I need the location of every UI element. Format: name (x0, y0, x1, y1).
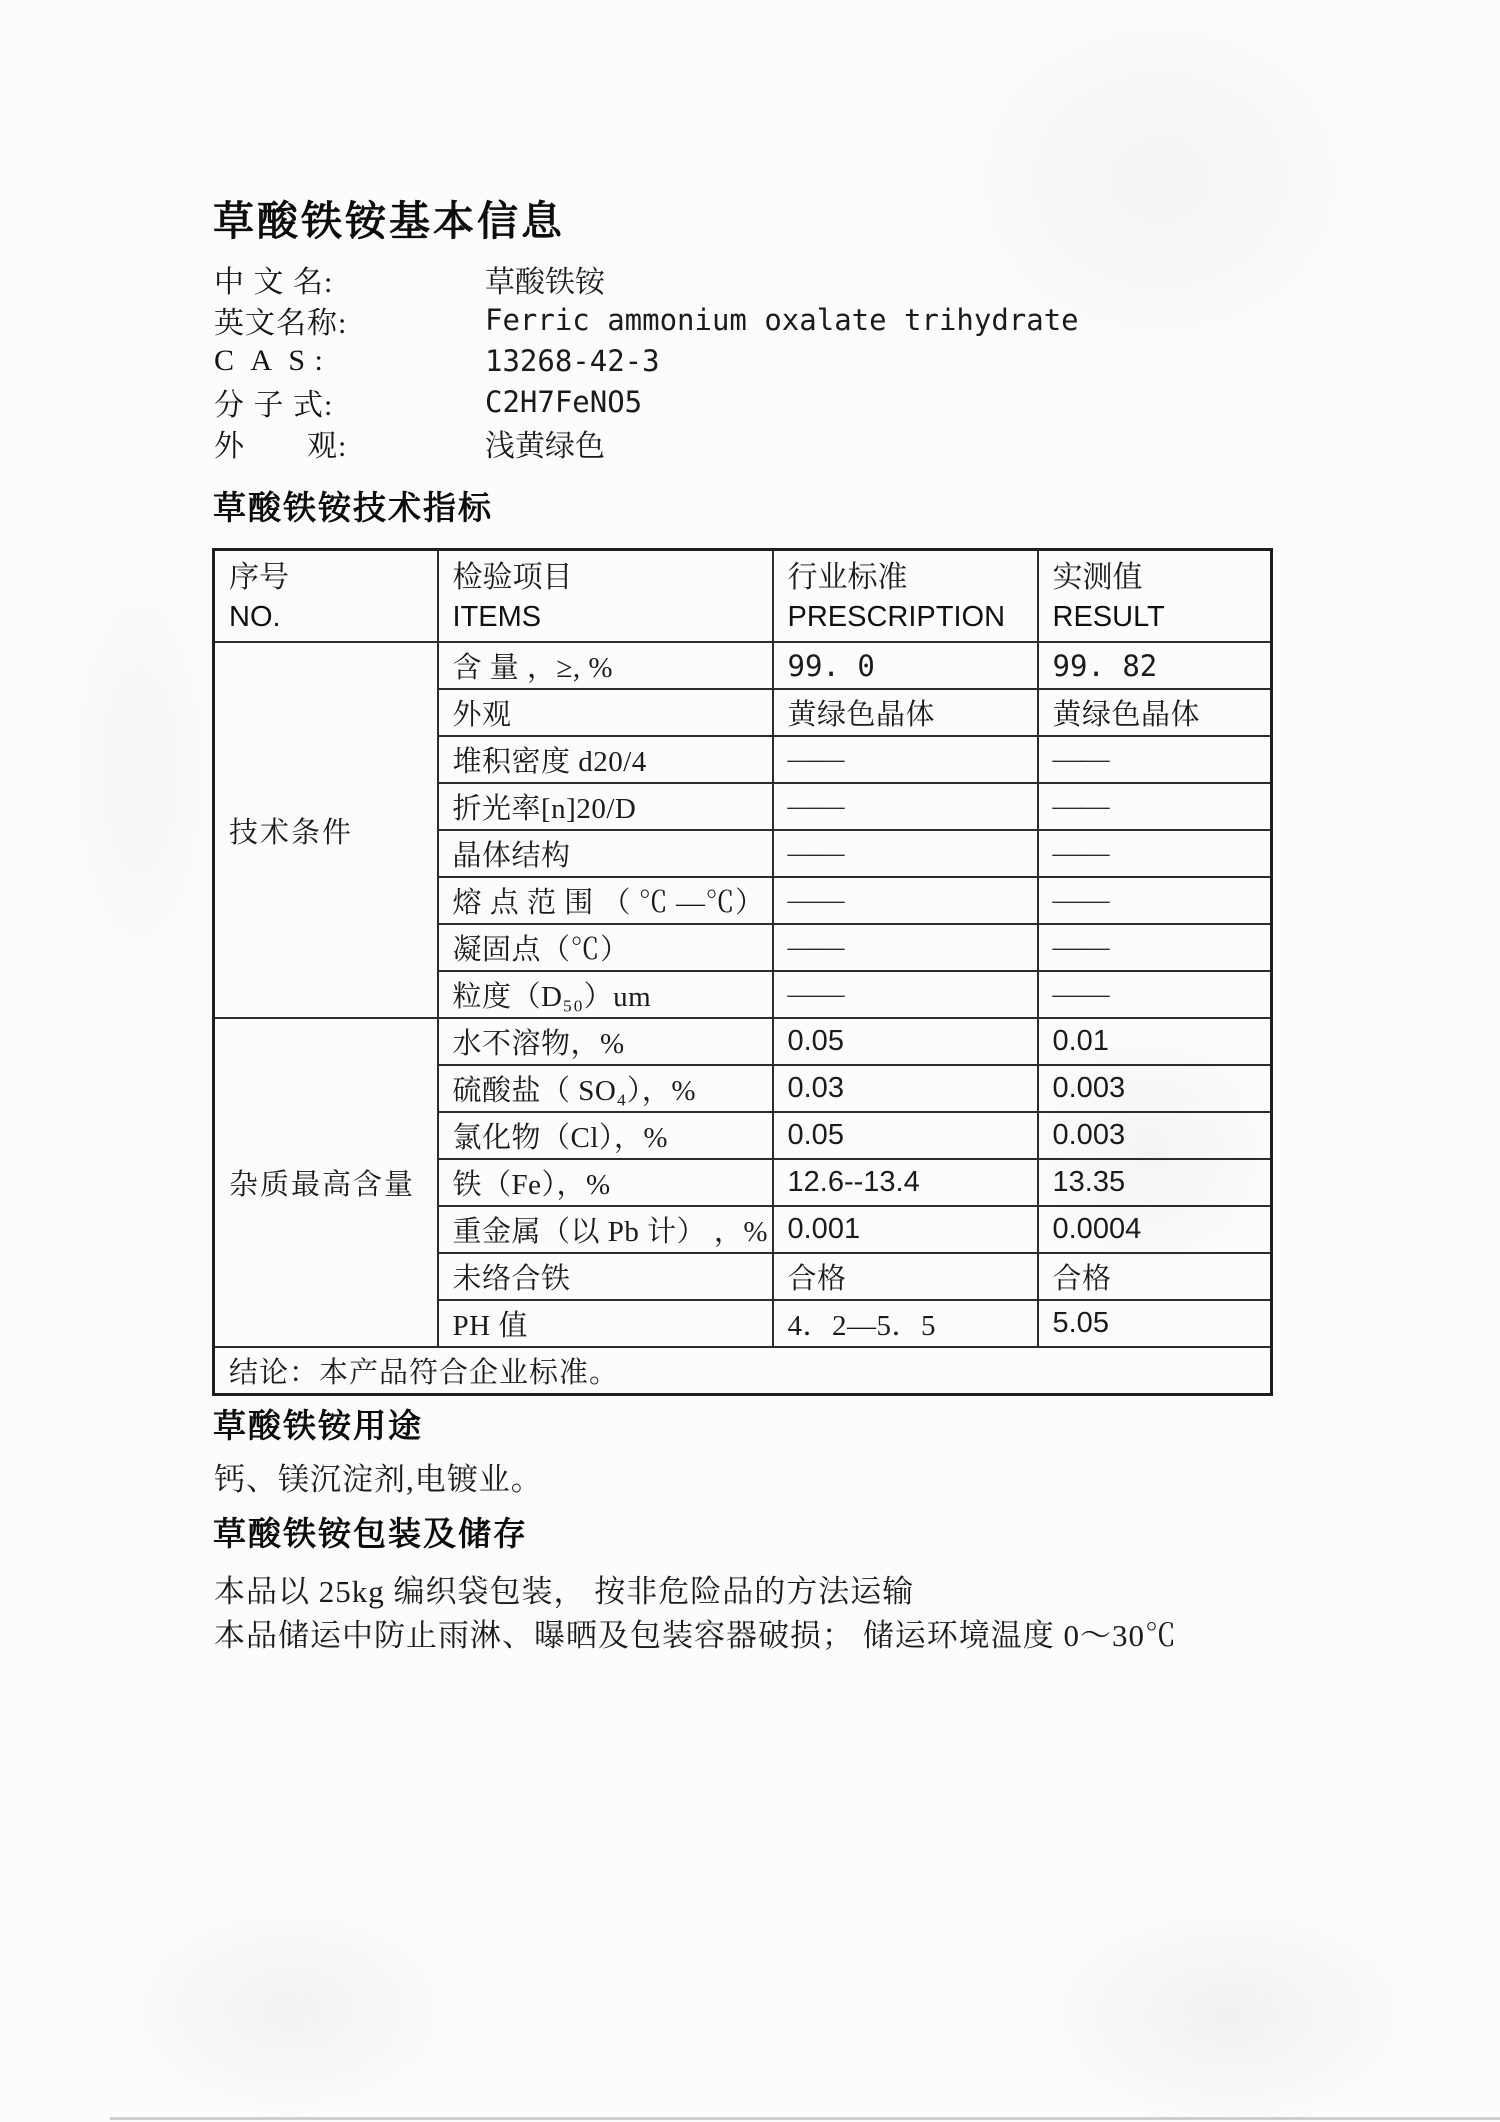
group-cell-impurity: 杂质最高含量 (214, 1018, 438, 1347)
result-cell: —— (1038, 783, 1272, 830)
info-value: 13268-42-3 (485, 344, 660, 378)
info-row-cas: C A S : 13268-42-3 (214, 340, 1079, 381)
item-cell: 重金属（以 Pb 计） ，% (438, 1206, 773, 1253)
conclusion-cell: 结论：本产品符合企业标准。 (214, 1347, 1272, 1395)
result-cell: 99. 82 (1038, 642, 1272, 689)
info-row-appearance: 外 观: 浅黄绿色 (214, 422, 1079, 463)
table-row: 杂质最高含量 水不溶物，% 0.05 0.01 (214, 1018, 1272, 1065)
info-row-formula: 分 子 式: C2H7FeNO5 (214, 381, 1079, 422)
prescription-cell: 0.001 (773, 1206, 1038, 1253)
header-result-cjk: 实测值 (1053, 558, 1271, 598)
header-result: 实测值 RESULT (1038, 550, 1272, 643)
result-cell: —— (1038, 924, 1272, 971)
prescription-cell: 99. 0 (773, 642, 1038, 689)
info-value: 浅黄绿色 (485, 421, 605, 465)
table-row: 技术条件 含 量 ，≥, % 99. 0 99. 82 (214, 642, 1272, 689)
scan-edge-artifact (110, 2117, 1500, 2120)
info-value: Ferric ammonium oxalate trihydrate (485, 303, 1079, 337)
result-cell: 0.003 (1038, 1112, 1272, 1159)
info-label: C A S : (214, 344, 485, 378)
item-cell: 晶体结构 (438, 830, 773, 877)
result-cell: 0.003 (1038, 1065, 1272, 1112)
prescription-cell: 0.05 (773, 1112, 1038, 1159)
prescription-cell: 合格 (773, 1253, 1038, 1300)
item-cell: 外观 (438, 689, 773, 736)
header-items-en: ITEMS (453, 598, 772, 636)
info-row-chinese-name: 中 文 名: 草酸铁铵 (214, 258, 1079, 299)
prescription-cell: —— (773, 830, 1038, 877)
result-cell: 0.0004 (1038, 1206, 1272, 1253)
item-cell: 水不溶物，% (438, 1018, 773, 1065)
item-cell: 堆积密度 d20/4 (438, 736, 773, 783)
scan-smudge (60, 560, 220, 980)
prescription-cell: —— (773, 971, 1038, 1018)
storage-line-1: 本品以 25kg 编织袋包装， 按非危险品的方法运输 (214, 1566, 914, 1611)
page-title: 草酸铁铵基本信息 (213, 188, 565, 247)
scan-smudge (120, 1900, 460, 2120)
result-cell: —— (1038, 830, 1272, 877)
header-standard: 行业标准 PRESCRIPTION (773, 550, 1038, 643)
result-cell: 0.01 (1038, 1018, 1272, 1065)
info-label: 分 子 式: (214, 380, 485, 424)
document-page: 草酸铁铵基本信息 中 文 名: 草酸铁铵 英文名称: Ferric ammoni… (0, 0, 1500, 2122)
header-standard-en: PRESCRIPTION (788, 598, 1037, 636)
prescription-cell: —— (773, 783, 1038, 830)
prescription-cell: 黄绿色晶体 (773, 689, 1038, 736)
result-cell: —— (1038, 736, 1272, 783)
basic-info-section: 中 文 名: 草酸铁铵 英文名称: Ferric ammonium oxalat… (214, 258, 1079, 463)
result-cell: 5.05 (1038, 1300, 1272, 1347)
item-cell: 氯化物（Cl），% (438, 1112, 773, 1159)
prescription-cell: 4．2—5．5 (773, 1300, 1038, 1347)
usage-section-title: 草酸铁铵用途 (213, 1400, 423, 1447)
group-cell-technical: 技术条件 (214, 642, 438, 1018)
result-cell: 合格 (1038, 1253, 1272, 1300)
usage-text: 钙、镁沉淀剂,电镀业。 (214, 1454, 543, 1499)
spec-section-title: 草酸铁铵技术指标 (213, 482, 493, 529)
header-standard-cjk: 行业标准 (788, 558, 1037, 598)
info-value: 草酸铁铵 (485, 257, 605, 301)
result-cell: —— (1038, 877, 1272, 924)
item-cell: 含 量 ，≥, % (438, 642, 773, 689)
info-row-english-name: 英文名称: Ferric ammonium oxalate trihydrate (214, 299, 1079, 340)
prescription-cell: —— (773, 877, 1038, 924)
prescription-cell: 12.6--13.4 (773, 1159, 1038, 1206)
prescription-cell: 0.03 (773, 1065, 1038, 1112)
result-cell: 黄绿色晶体 (1038, 689, 1272, 736)
header-result-en: RESULT (1053, 598, 1271, 636)
item-cell: PH 值 (438, 1300, 773, 1347)
item-cell: 未络合铁 (438, 1253, 773, 1300)
table-header-row: 序号 NO. 检验项目 ITEMS 行业标准 PRESCRIPTION 实测值 … (214, 550, 1272, 643)
conclusion-row: 结论：本产品符合企业标准。 (214, 1347, 1272, 1395)
scan-smudge (1040, 1900, 1420, 2122)
header-items: 检验项目 ITEMS (438, 550, 773, 643)
spec-table: 序号 NO. 检验项目 ITEMS 行业标准 PRESCRIPTION 实测值 … (212, 548, 1273, 1396)
header-no: 序号 NO. (214, 550, 438, 643)
item-cell: 粒度（D₅₀）um (438, 971, 773, 1018)
result-cell: —— (1038, 971, 1272, 1018)
prescription-cell: —— (773, 924, 1038, 971)
item-cell: 铁（Fe），% (438, 1159, 773, 1206)
item-cell: 折光率[n]20/D (438, 783, 773, 830)
item-cell: 凝固点（℃） (438, 924, 773, 971)
header-no-cjk: 序号 (229, 558, 437, 598)
info-label: 外 观: (214, 421, 485, 465)
info-label: 中 文 名: (214, 257, 485, 301)
header-items-cjk: 检验项目 (453, 558, 772, 598)
storage-line-2: 本品储运中防止雨淋、曝晒及包装容器破损； 储运环境温度 0～30℃ (214, 1610, 1177, 1655)
info-label: 英文名称: (214, 298, 485, 342)
storage-section-title: 草酸铁铵包装及储存 (213, 1508, 528, 1555)
item-cell: 硫酸盐（ SO₄），% (438, 1065, 773, 1112)
prescription-cell: 0.05 (773, 1018, 1038, 1065)
header-no-en: NO. (229, 598, 437, 636)
result-cell: 13.35 (1038, 1159, 1272, 1206)
item-cell: 熔 点 范 围 （ ℃ —℃） (438, 877, 773, 924)
prescription-cell: —— (773, 736, 1038, 783)
info-value: C2H7FeNO5 (485, 385, 642, 419)
